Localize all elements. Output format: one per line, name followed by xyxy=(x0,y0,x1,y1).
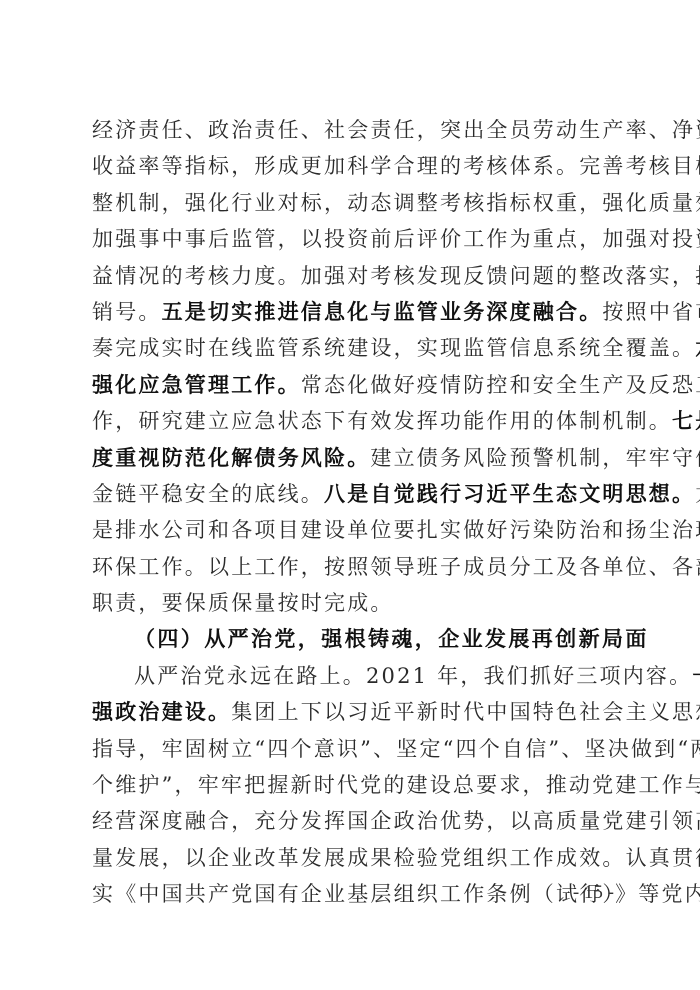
text-segment: 职责，要保质保量按时完成。 xyxy=(92,591,394,615)
text-segment: 是排水公司和各项目建设单位要扎实做好污染防治和扬尘治理等 xyxy=(92,518,700,542)
text-line: 强政治建设。集团上下以习近平新时代中国特色社会主义思想为 xyxy=(92,694,612,730)
bold-phrase: 六是 xyxy=(695,335,700,360)
text-line: 作，研究建立应急状态下有效发挥功能作用的体制机制。七是高 xyxy=(92,403,612,439)
document-page: 经济责任、政治责任、社会责任，突出全员劳动生产率、净资产收益率等指标，形成更加科… xyxy=(0,0,700,990)
bold-phrase: 强政治建设。 xyxy=(92,699,231,724)
text-segment: 从严治党永远在路上。2021 年，我们抓好三项内容。 xyxy=(134,664,692,688)
text-segment: 按照中省市节 xyxy=(602,300,700,324)
text-segment: 经济责任、政治责任、社会责任，突出全员劳动生产率、净资产 xyxy=(92,118,700,142)
text-segment: 作，研究建立应急状态下有效发挥功能作用的体制机制。 xyxy=(92,409,672,433)
text-line: 职责，要保质保量按时完成。 xyxy=(92,585,612,621)
text-line: 指导，牢固树立“四个意识”、坚定“四个自信”、坚决做到“两 xyxy=(92,731,612,767)
text-segment: 收益率等指标，形成更加科学合理的考核体系。完善考核目标调 xyxy=(92,154,700,178)
text-segment: 金链平稳安全的底线。 xyxy=(92,482,324,506)
bold-phrase: 度重视防范化解债务风险。 xyxy=(92,445,370,470)
text-line: 量发展，以企业改革发展成果检验党组织工作成效。认真贯彻落 xyxy=(92,840,612,876)
text-segment: 环保工作。以上工作，按照领导班子成员分工及各单位、各部室 xyxy=(92,555,700,579)
bold-phrase: 七是高 xyxy=(672,408,700,433)
bold-phrase: （四）从严治党，强根铸魂，企业发展再创新局面 xyxy=(134,626,649,651)
text-line: 益情况的考核力度。加强对考核发现反馈问题的整改落实，挂账 xyxy=(92,258,612,294)
text-line: 经济责任、政治责任、社会责任，突出全员劳动生产率、净资产 xyxy=(92,112,612,148)
text-segment: 益情况的考核力度。加强对考核发现反馈问题的整改落实，挂账 xyxy=(92,264,700,288)
text-line: 加强事中事后监管，以投资前后评价工作为重点，加强对投资效 xyxy=(92,221,612,257)
section-heading: （四）从严治党，强根铸魂，企业发展再创新局面 xyxy=(92,621,612,657)
bold-phrase: 一是加 xyxy=(692,663,700,688)
text-line: 是排水公司和各项目建设单位要扎实做好污染防治和扬尘治理等 xyxy=(92,512,612,548)
text-line: 从严治党永远在路上。2021 年，我们抓好三项内容。一是加 xyxy=(92,658,612,694)
text-segment: 经营深度融合，充分发挥国企政治优势，以高质量党建引领高质 xyxy=(92,809,700,833)
text-line: 收益率等指标，形成更加科学合理的考核体系。完善考核目标调 xyxy=(92,148,612,184)
text-line: 度重视防范化解债务风险。建立债务风险预警机制，牢牢守住资 xyxy=(92,440,612,476)
text-segment: 集团上下以习近平新时代中国特色社会主义思想为 xyxy=(231,700,700,724)
bold-phrase: 强化应急管理工作。 xyxy=(92,372,301,397)
body-text: 经济责任、政治责任、社会责任，突出全员劳动生产率、净资产收益率等指标，形成更加科… xyxy=(92,112,612,913)
text-segment: 指导，牢固树立“四个意识”、坚定“四个自信”、坚决做到“两 xyxy=(92,737,700,761)
text-line: 整机制，强化行业对标，动态调整考核指标权重，强化质量效益。 xyxy=(92,185,612,221)
text-line: 实《中国共产党国有企业基层组织工作条例（试行）》等党内法规， xyxy=(92,876,612,912)
text-segment: 奏完成实时在线监管系统建设，实现监管信息系统全覆盖。 xyxy=(92,336,695,360)
text-segment: 整机制，强化行业对标，动态调整考核指标权重，强化质量效益。 xyxy=(92,191,700,215)
text-segment: 加强事中事后监管，以投资前后评价工作为重点，加强对投资效 xyxy=(92,227,700,251)
page-number: - 15 - xyxy=(552,882,614,904)
text-line: 销号。五是切实推进信息化与监管业务深度融合。按照中省市节 xyxy=(92,294,612,330)
text-line: 强化应急管理工作。常态化做好疫情防控和安全生产及反恐工 xyxy=(92,367,612,403)
text-line: 金链平稳安全的底线。八是自觉践行习近平生态文明思想。尤其 xyxy=(92,476,612,512)
text-line: 奏完成实时在线监管系统建设，实现监管信息系统全覆盖。六是 xyxy=(92,330,612,366)
text-segment: 个维护”，牢牢把握新时代党的建设总要求，推动党建工作与生产 xyxy=(92,773,700,797)
text-segment: 常态化做好疫情防控和安全生产及反恐工 xyxy=(301,373,700,397)
bold-phrase: 八是自觉践行习近平生态文明思想。 xyxy=(324,481,695,506)
text-segment: 建立债务风险预警机制，牢牢守住资 xyxy=(370,446,700,470)
text-line: 环保工作。以上工作，按照领导班子成员分工及各单位、各部室 xyxy=(92,549,612,585)
text-segment: 尤其 xyxy=(695,482,700,506)
text-line: 经营深度融合，充分发挥国企政治优势，以高质量党建引领高质 xyxy=(92,803,612,839)
text-line: 个维护”，牢牢把握新时代党的建设总要求，推动党建工作与生产 xyxy=(92,767,612,803)
text-segment: 量发展，以企业改革发展成果检验党组织工作成效。认真贯彻落 xyxy=(92,846,700,870)
bold-phrase: 五是切实推进信息化与监管业务深度融合。 xyxy=(162,299,603,324)
text-segment: 销号。 xyxy=(92,300,162,324)
